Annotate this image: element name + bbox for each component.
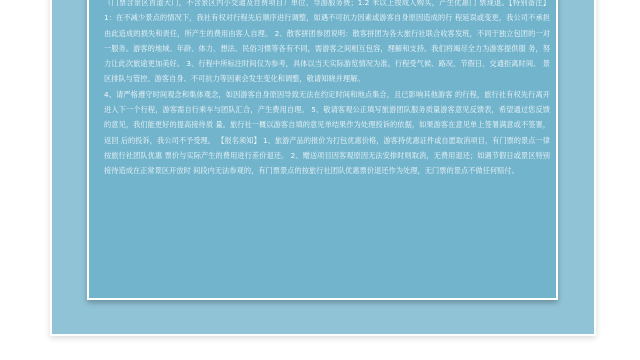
notice-paragraph-2: 4、请严格遵守时间观念和集体观念，如因游客自身原因导致无法在约定时间和地点集合，…	[104, 87, 550, 179]
notice-paragraph-1: （门票含景区首道大门，不含景区内小交通及自费项目）单位、导游服务费；1.2 米以…	[104, 0, 550, 87]
notice-text-block: （门票含景区首道大门，不含景区内小交通及自费项目）单位、导游服务费；1.2 米以…	[104, 0, 550, 179]
